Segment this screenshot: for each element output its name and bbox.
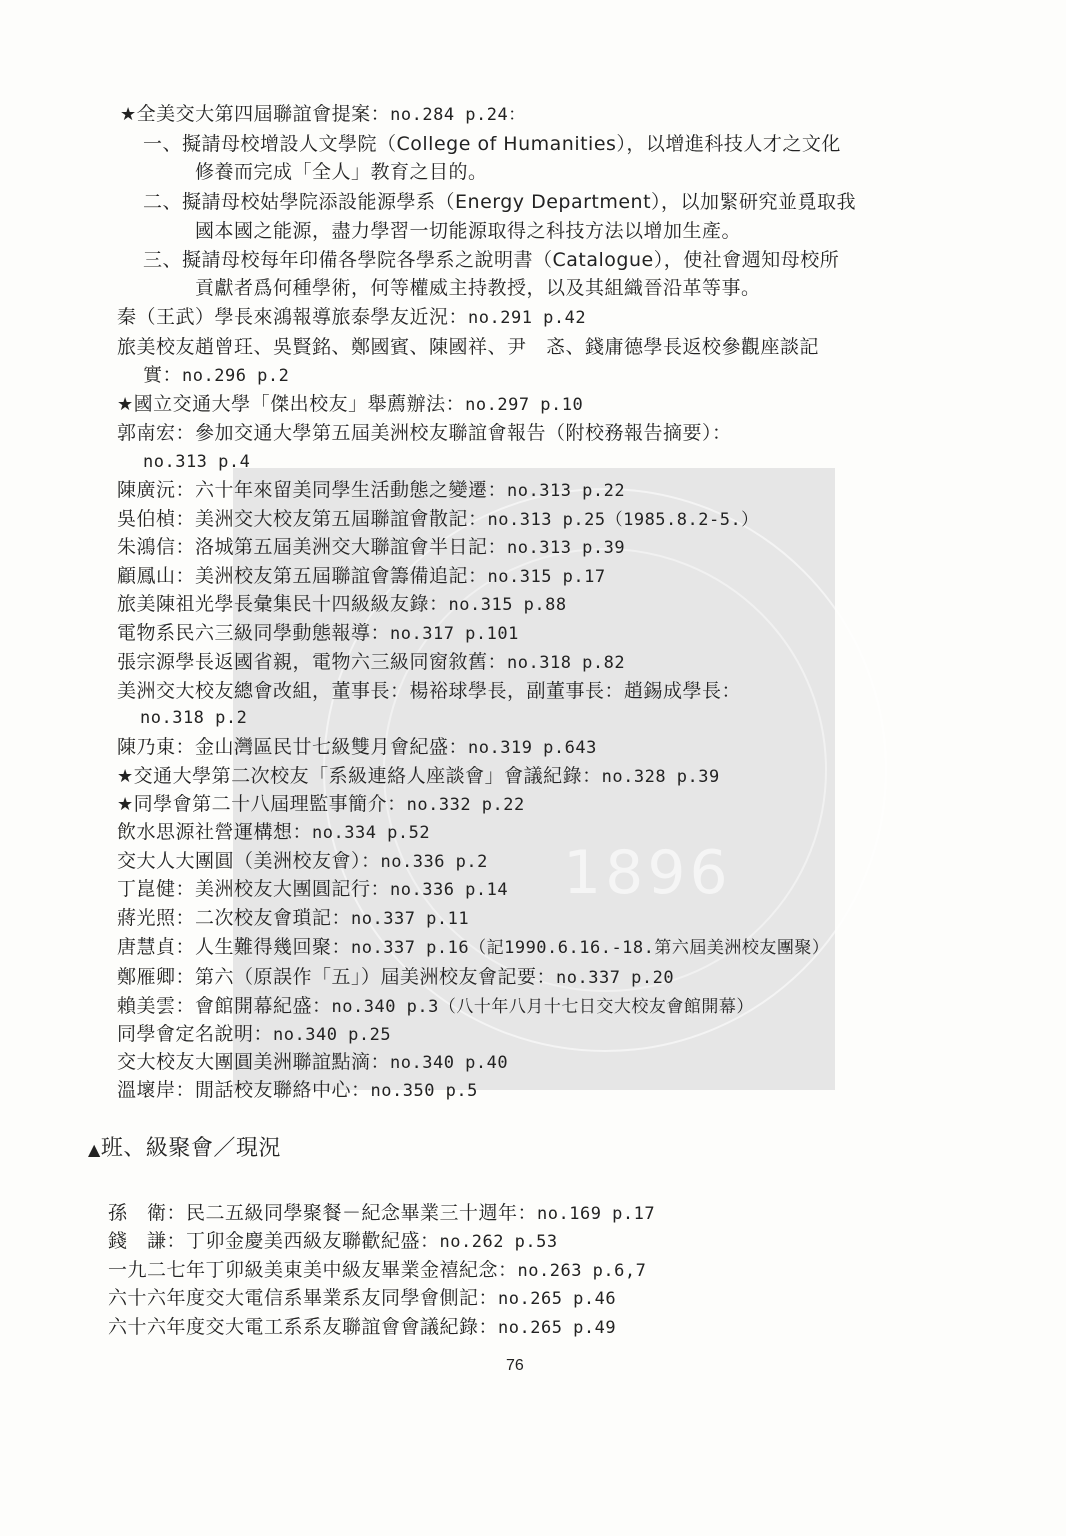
page-number: 76 bbox=[506, 1357, 524, 1375]
entry-line: 錢 謙：丁卯金慶美西級友聯歡紀盛：no.262 p.53 bbox=[108, 1227, 558, 1256]
entry-line: 張宗源學長返國省親，電物六三級同窗敘舊：no.318 p.82 bbox=[117, 648, 625, 677]
entry-line: 鄭雁卿：第六（原誤作「五」）屆美洲校友會記要：no.337 p.20 bbox=[117, 963, 674, 992]
entry-line: 顧鳳山：美洲校友第五屆聯誼會籌備追記：no.315 p.17 bbox=[117, 562, 606, 591]
entry-line: 郭南宏：參加交通大學第五屆美洲校友聯誼會報告（附校務報告摘要）： bbox=[117, 419, 732, 447]
proposal-item-2: 二、擬請母校姑學院添設能源學系（Energy Department），以加緊研究… bbox=[143, 188, 856, 216]
entry-line: 溫壞岸：閒話校友聯絡中心：no.350 p.5 bbox=[117, 1076, 478, 1105]
entry-line: ★交通大學第二次校友「系級連絡人座談會」會議紀錄：no.328 p.39 bbox=[117, 762, 720, 791]
entry-line: 交大校友大團圓美洲聯誼點滴：no.340 p.40 bbox=[117, 1048, 508, 1077]
entry-line: 同學會定名說明：no.340 p.25 bbox=[117, 1020, 391, 1049]
entry-line: 電物系民六三級同學動態報導：no.317 p.101 bbox=[117, 619, 519, 648]
section-heading: ▲班、級聚會／現況 bbox=[88, 1135, 281, 1164]
entry-line: 丁崑健：美洲校友大團圓記行：no.336 p.14 bbox=[117, 875, 508, 904]
entry-line: 旅美陳祖光學長彙集民十四級級友錄：no.315 p.88 bbox=[117, 590, 567, 619]
entry-line: 旅美校友趙曾玨、吳賢銘、鄭國賓、陳國祥、尹 忞、錢庸德學長返校參觀座談記 bbox=[117, 333, 819, 361]
star-icon: ★ bbox=[117, 794, 134, 815]
entry-line: 蔣光照：二次校友會瑣記：no.337 p.11 bbox=[117, 904, 469, 933]
entry-line: 一九二七年丁卯級美東美中級友畢業金禧紀念：no.263 p.6,7 bbox=[108, 1256, 646, 1285]
entry-line: ★國立交通大學「傑出校友」舉薦辦法：no.297 p.10 bbox=[117, 390, 583, 419]
star-icon: ★ bbox=[117, 394, 134, 415]
entry-line: 陳廣沅：六十年來留美同學生活動態之變遷：no.313 p.22 bbox=[117, 476, 625, 505]
entry-line: 孫 衛：民二五級同學聚餐－紀念畢業三十週年：no.169 p.17 bbox=[108, 1199, 655, 1228]
entry-line: 交大人大團圓（美洲校友會）：no.336 p.2 bbox=[117, 847, 488, 876]
star-icon: ★ bbox=[120, 104, 137, 125]
triangle-icon: ▲ bbox=[88, 1140, 101, 1159]
entry-line: ★同學會第二十八屆理監事簡介：no.332 p.22 bbox=[117, 790, 525, 819]
entry-line-cont: 實：no.296 p.2 bbox=[143, 361, 289, 390]
entry-line: 飲水思源社營運構想：no.334 p.52 bbox=[117, 818, 430, 847]
entry-line: 秦（王武）學長來鴻報導旅泰學友近況：no.291 p.42 bbox=[117, 303, 586, 332]
entry-line: 六十六年度交大電信系畢業系友同學會側記：no.265 p.46 bbox=[108, 1284, 616, 1313]
proposal-item-1-cont: 修養而完成「全人」教育之目的。 bbox=[195, 158, 488, 186]
document-page: ★全美交大第四屆聯誼會提案：no.284 p.24： 一、擬請母校增設人文學院（… bbox=[0, 0, 1066, 1536]
entry-line: 吳伯楨：美洲交大校友第五屆聯誼會散記：no.313 p.25（1985.8.2-… bbox=[117, 505, 759, 534]
entry-line: 唐慧貞：人生難得幾回聚：no.337 p.16（記1990.6.16.-18.第… bbox=[117, 933, 829, 962]
entry-line: 美洲交大校友總會改組，董事長：楊裕球學長，副董事長：趙錫成學長： bbox=[117, 677, 741, 705]
entry-line: 賴美雲：會館開幕紀盛：no.340 p.3（八十年八月十七日交大校友會館開幕） bbox=[117, 992, 754, 1021]
proposal-item-1: 一、擬請母校增設人文學院（College of Humanities），以增進科… bbox=[143, 130, 841, 158]
proposal-item-2-cont: 國本國之能源，盡力學習一切能源取得之科技方法以增加生產。 bbox=[195, 217, 741, 245]
proposal-item-3-cont: 貢獻者爲何種學術，何等權威主持教授，以及其組織晉沿革等事。 bbox=[195, 274, 761, 302]
proposal-item-3: 三、擬請母校每年印備各學院各學系之說明書（Catalogue），使社會週知母校所 bbox=[143, 246, 839, 274]
entry-line-cont: no.318 p.2 bbox=[140, 703, 247, 732]
entry-line: 六十六年度交大電工系系友聯誼會會議紀錄：no.265 p.49 bbox=[108, 1313, 616, 1342]
entry-line-cont: no.313 p.4 bbox=[143, 447, 250, 476]
star-icon: ★ bbox=[117, 766, 134, 787]
entry-line: 陳乃東：金山灣區民廿七級雙月會紀盛：no.319 p.643 bbox=[117, 733, 597, 762]
entry-line: 朱鴻信：洛城第五屆美洲交大聯誼會半日記：no.313 p.39 bbox=[117, 533, 625, 562]
entry-line: ★全美交大第四屆聯誼會提案：no.284 p.24： bbox=[120, 100, 526, 129]
